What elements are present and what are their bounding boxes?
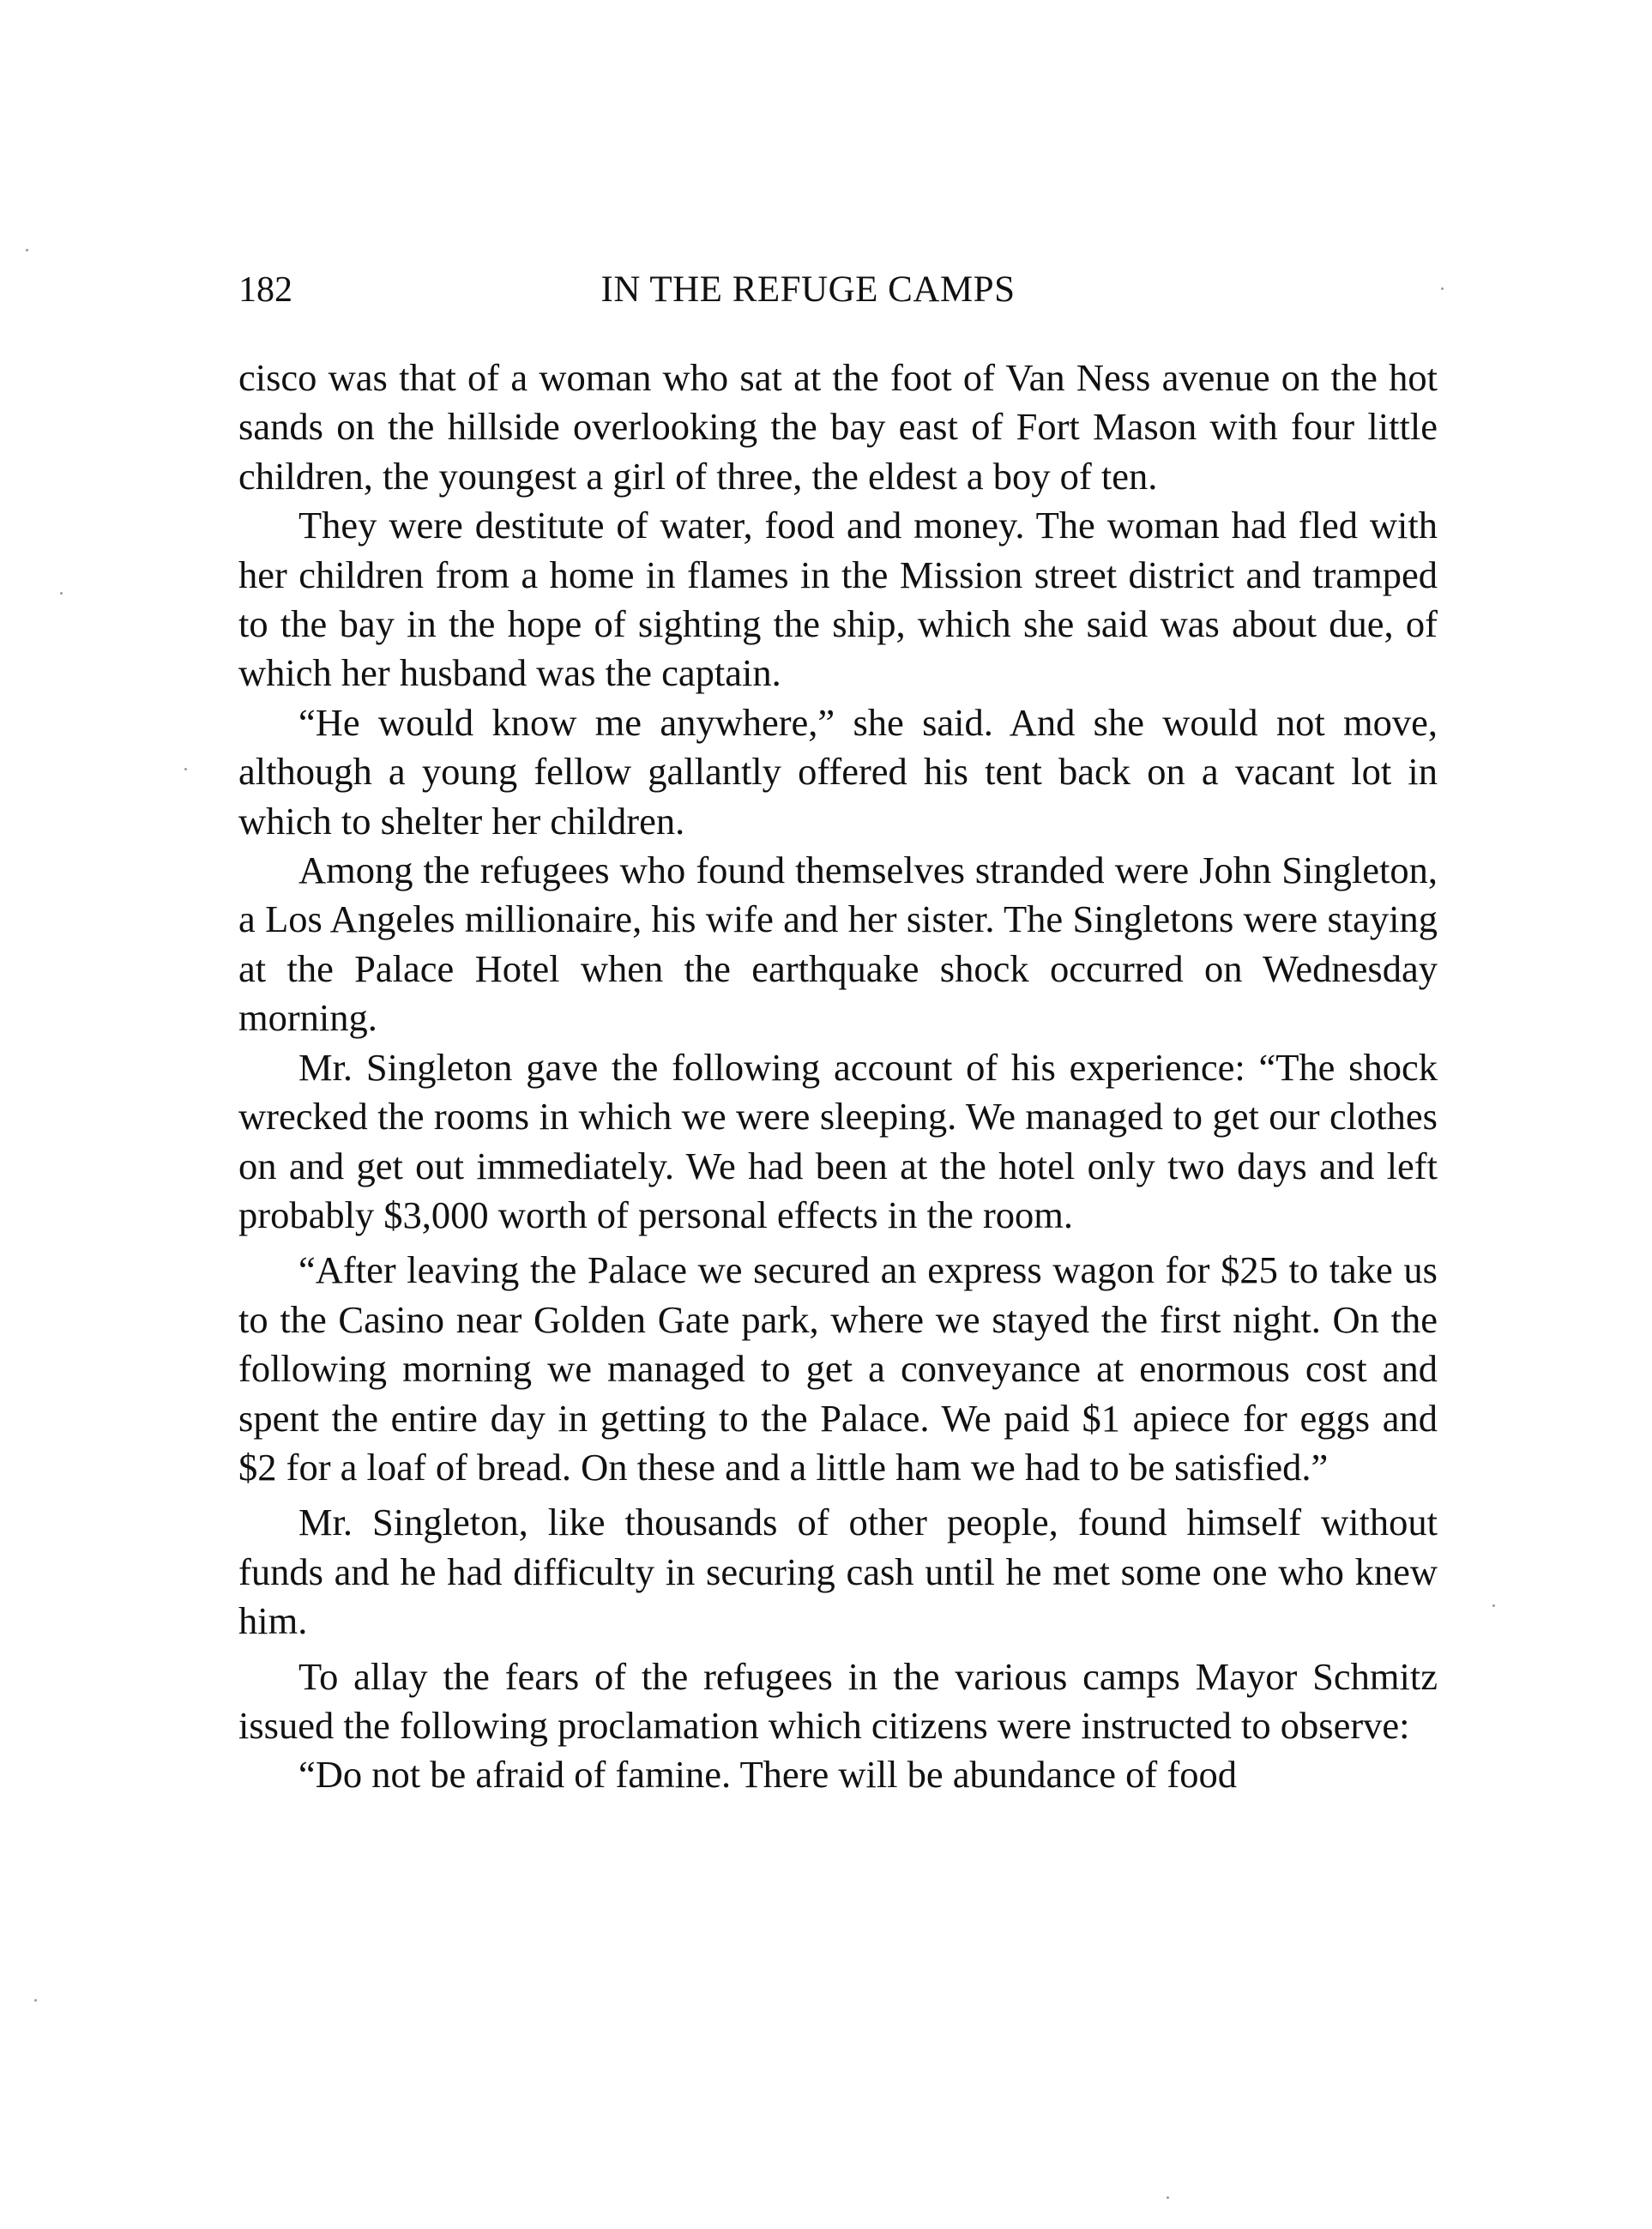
paragraph: To allay the fears of the refugees in th…	[238, 1652, 1438, 1751]
paragraph: “He would know me anywhere,” she said. A…	[238, 698, 1438, 846]
paragraph: Mr. Singleton gave the following account…	[238, 1043, 1438, 1241]
paragraph: “After leaving the Palace we secured an …	[238, 1246, 1438, 1492]
book-page: 182 IN THE REFUGE CAMPS cisco was that o…	[0, 0, 1652, 2229]
paragraph: “Do not be afraid of famine. There will …	[238, 1750, 1438, 1799]
paragraph: Among the refugees who found themselves …	[238, 846, 1438, 1043]
paragraph: Mr. Singleton, like thousands of other p…	[238, 1498, 1438, 1646]
body-text: cisco was that of a woman who sat at the…	[238, 353, 1438, 1800]
paragraph: They were destitute of water, food and m…	[238, 501, 1438, 698]
running-title: IN THE REFUGE CAMPS	[238, 264, 1438, 316]
paragraph-continuation: cisco was that of a woman who sat at the…	[238, 353, 1438, 501]
scan-speck	[1167, 2196, 1169, 2199]
scan-speck	[26, 249, 28, 251]
scan-speck	[1441, 287, 1444, 290]
scan-speck	[60, 592, 63, 595]
scan-speck	[184, 768, 187, 770]
scan-speck	[1492, 1604, 1495, 1607]
scan-speck	[34, 1999, 37, 2002]
running-head: 182 IN THE REFUGE CAMPS	[238, 264, 1438, 316]
